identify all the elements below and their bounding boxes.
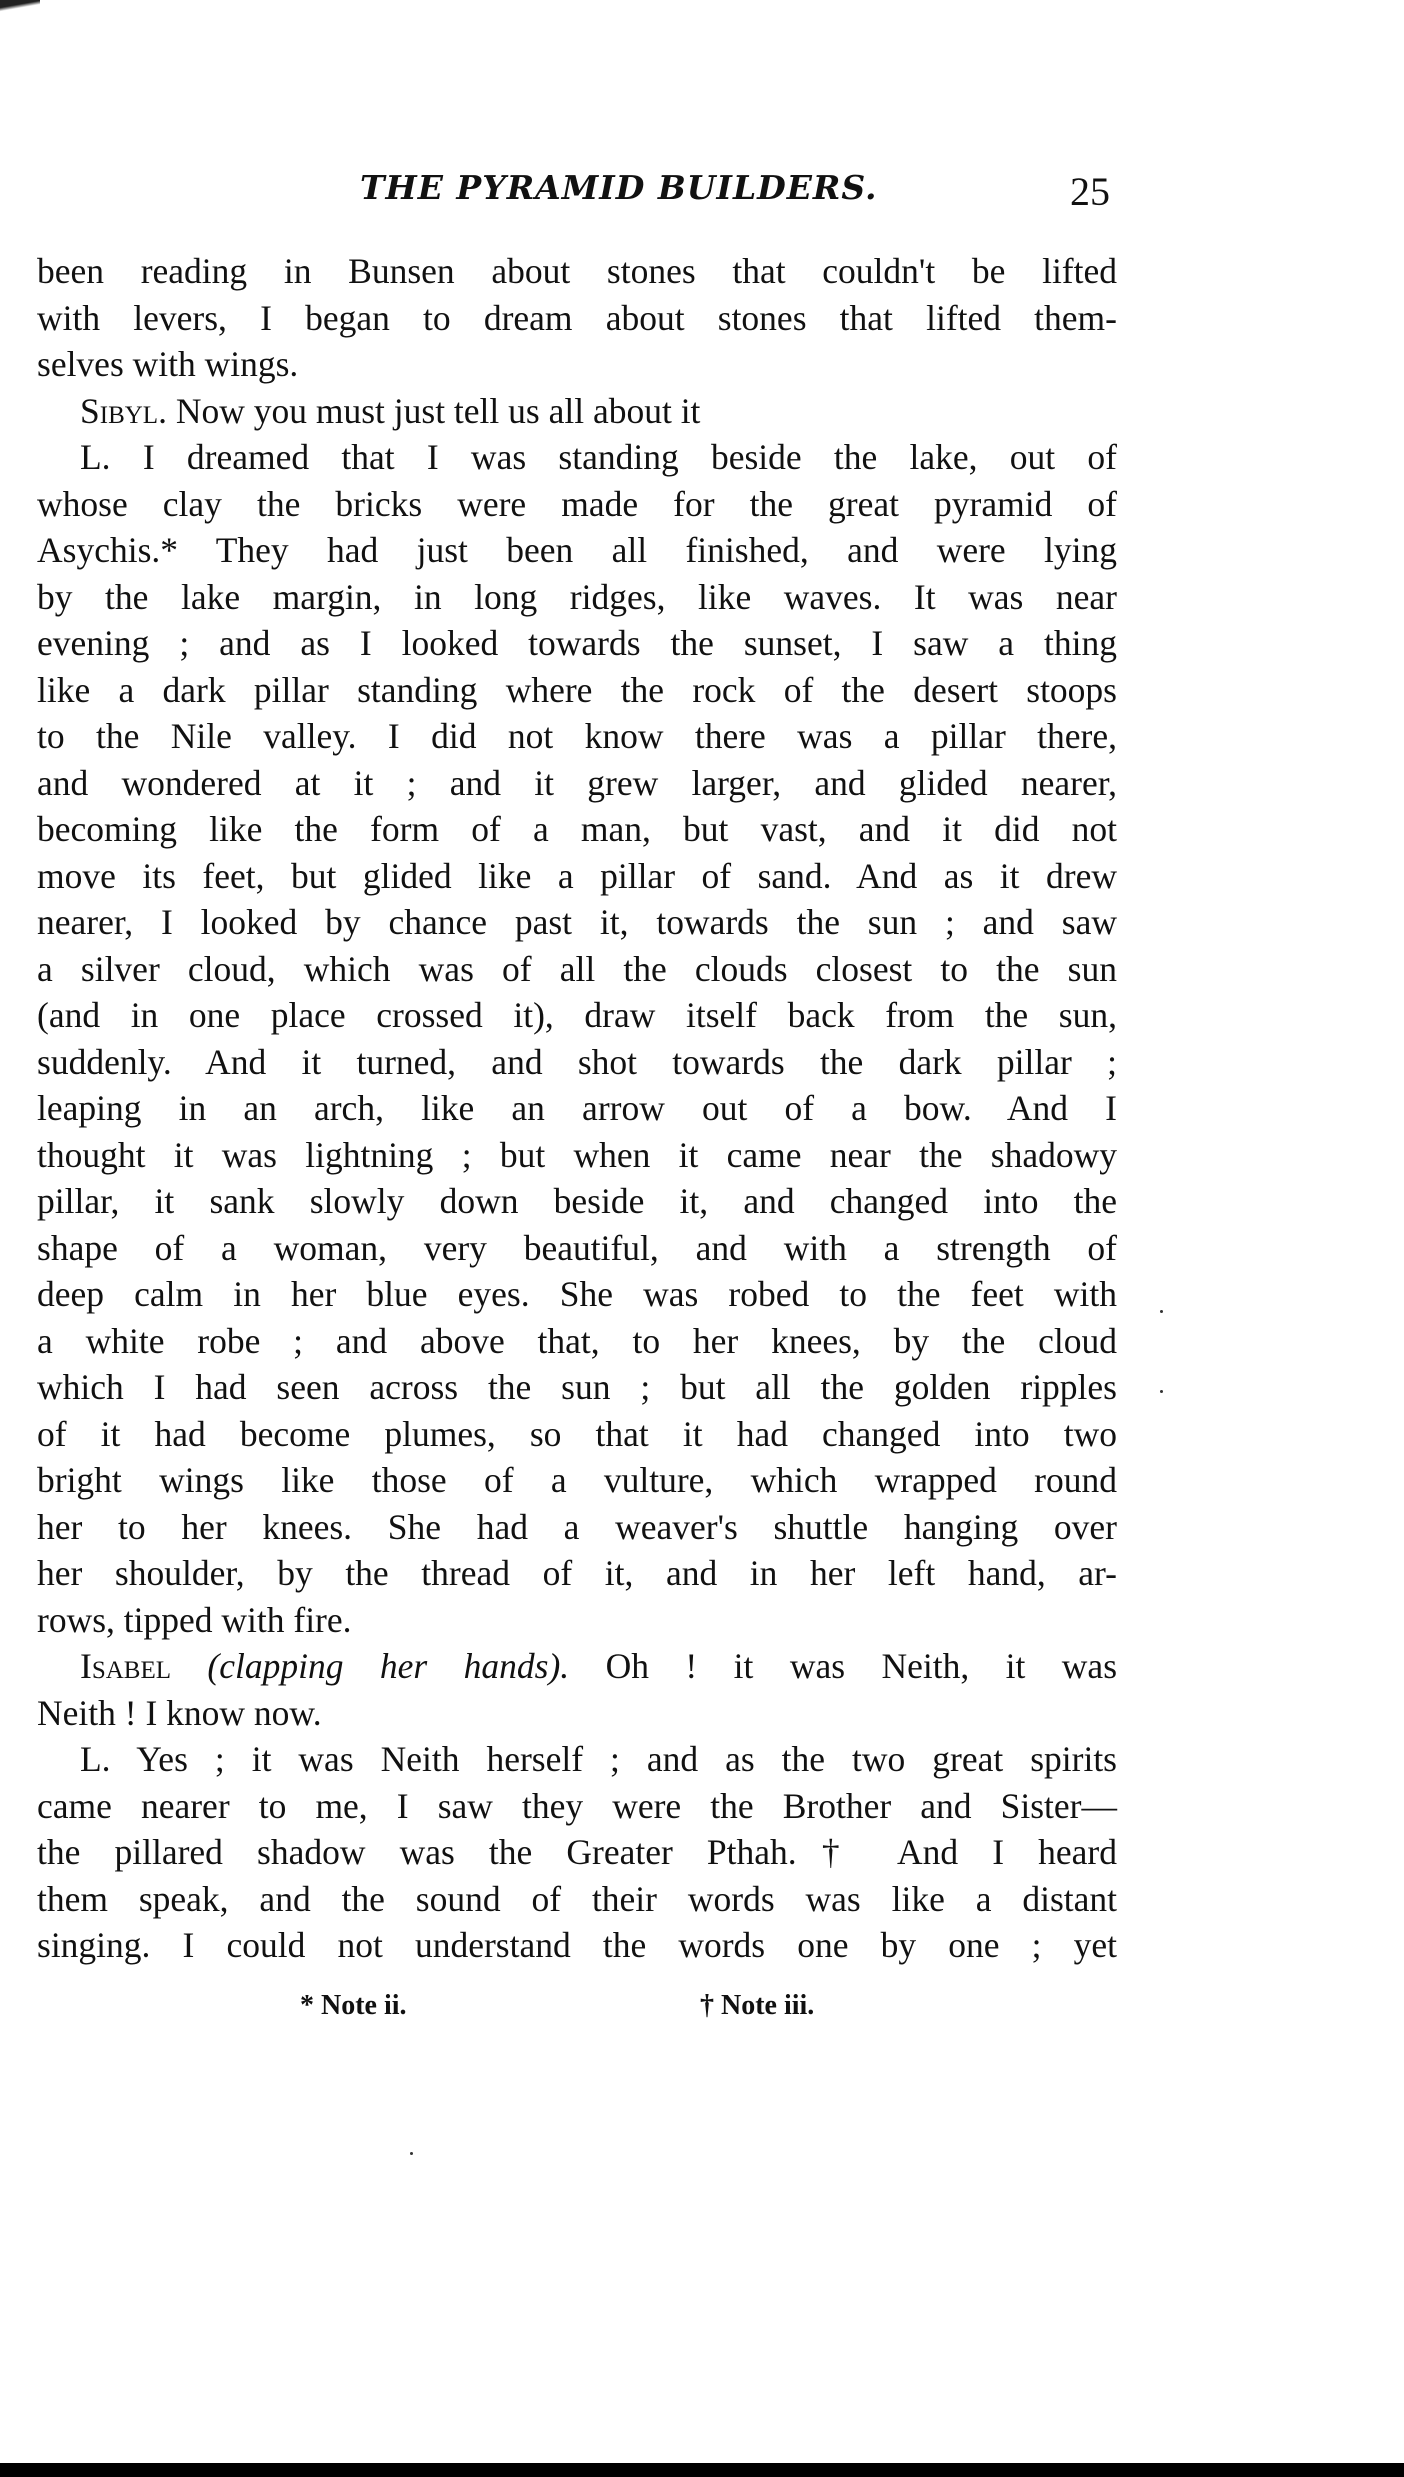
text-line: her shoulder, by the thread of it, and i… [37, 1550, 1117, 1597]
text-line: with levers, I began to dream about ston… [37, 295, 1117, 342]
scan-speck [1160, 1310, 1163, 1313]
stage-direction: (clapping her hands). [171, 1646, 569, 1686]
text-line: been reading in Bunsen about stones that… [37, 248, 1117, 295]
page-header: THE PYRAMID BUILDERS. 25 [0, 168, 1404, 218]
text-line: leaping in an arch, like an arrow out of… [37, 1085, 1117, 1132]
text-line: whose clay the bricks were made for the … [37, 481, 1117, 528]
dialogue-text: Now you must just tell us all about it [167, 391, 700, 431]
scan-speck [410, 2152, 413, 2155]
text-line: deep calm in her blue eyes. She was robe… [37, 1271, 1117, 1318]
text-line: Neith ! I know now. [37, 1690, 1117, 1737]
running-title: THE PYRAMID BUILDERS. [360, 168, 878, 207]
footnote-note-iii: † Note iii. [700, 1990, 814, 2022]
speaker-name: Isabel [80, 1646, 171, 1686]
dialogue-line: Sibyl. Now you must just tell us all abo… [37, 388, 1117, 435]
body-text: been reading in Bunsen about stones that… [37, 248, 1117, 1969]
scan-edge-bar [0, 2463, 1404, 2477]
text-line: becoming like the form of a man, but vas… [37, 806, 1117, 853]
text-line: L. I dreamed that I was standing beside … [37, 434, 1117, 481]
text-line: move its feet, but glided like a pillar … [37, 853, 1117, 900]
text-line: of it had become plumes, so that it had … [37, 1411, 1117, 1458]
text-line: L. Yes ; it was Neith herself ; and as t… [37, 1736, 1117, 1783]
scan-corner-mark [0, 0, 40, 12]
dialogue-text: Oh ! it was Neith, it was [569, 1646, 1117, 1686]
text-line: them speak, and the sound of their words… [37, 1876, 1117, 1923]
text-line: by the lake margin, in long ridges, like… [37, 574, 1117, 621]
text-line: her to her knees. She had a weaver's shu… [37, 1504, 1117, 1551]
text-line: thought it was lightning ; but when it c… [37, 1132, 1117, 1179]
text-line: like a dark pillar standing where the ro… [37, 667, 1117, 714]
text-line: nearer, I looked by chance past it, towa… [37, 899, 1117, 946]
text-line: the pillared shadow was the Greater Ptha… [37, 1829, 1117, 1876]
page-number: 25 [1070, 168, 1110, 215]
text-line: singing. I could not understand the word… [37, 1922, 1117, 1969]
speaker-name: Sibyl. [80, 391, 167, 431]
text-line: pillar, it sank slowly down beside it, a… [37, 1178, 1117, 1225]
text-line: to the Nile valley. I did not know there… [37, 713, 1117, 760]
footnotes: * Note ii. † Note iii. [0, 1990, 1404, 2030]
text-line: (and in one place crossed it), draw itse… [37, 992, 1117, 1039]
text-line: came nearer to me, I saw they were the B… [37, 1783, 1117, 1830]
text-line: bright wings like those of a vulture, wh… [37, 1457, 1117, 1504]
text-line: rows, tipped with fire. [37, 1597, 1117, 1644]
text-line: evening ; and as I looked towards the su… [37, 620, 1117, 667]
text-line: shape of a woman, very beautiful, and wi… [37, 1225, 1117, 1272]
text-line: a silver cloud, which was of all the clo… [37, 946, 1117, 993]
text-line: Asychis.* They had just been all finishe… [37, 527, 1117, 574]
dialogue-line: Isabel (clapping her hands). Oh ! it was… [37, 1643, 1117, 1690]
footnote-note-ii: * Note ii. [300, 1990, 407, 2022]
text-line: selves with wings. [37, 341, 1117, 388]
text-line: and wondered at it ; and it grew larger,… [37, 760, 1117, 807]
text-line: which I had seen across the sun ; but al… [37, 1364, 1117, 1411]
text-line: a white robe ; and above that, to her kn… [37, 1318, 1117, 1365]
scan-speck [1160, 1390, 1163, 1393]
text-line: suddenly. And it turned, and shot toward… [37, 1039, 1117, 1086]
